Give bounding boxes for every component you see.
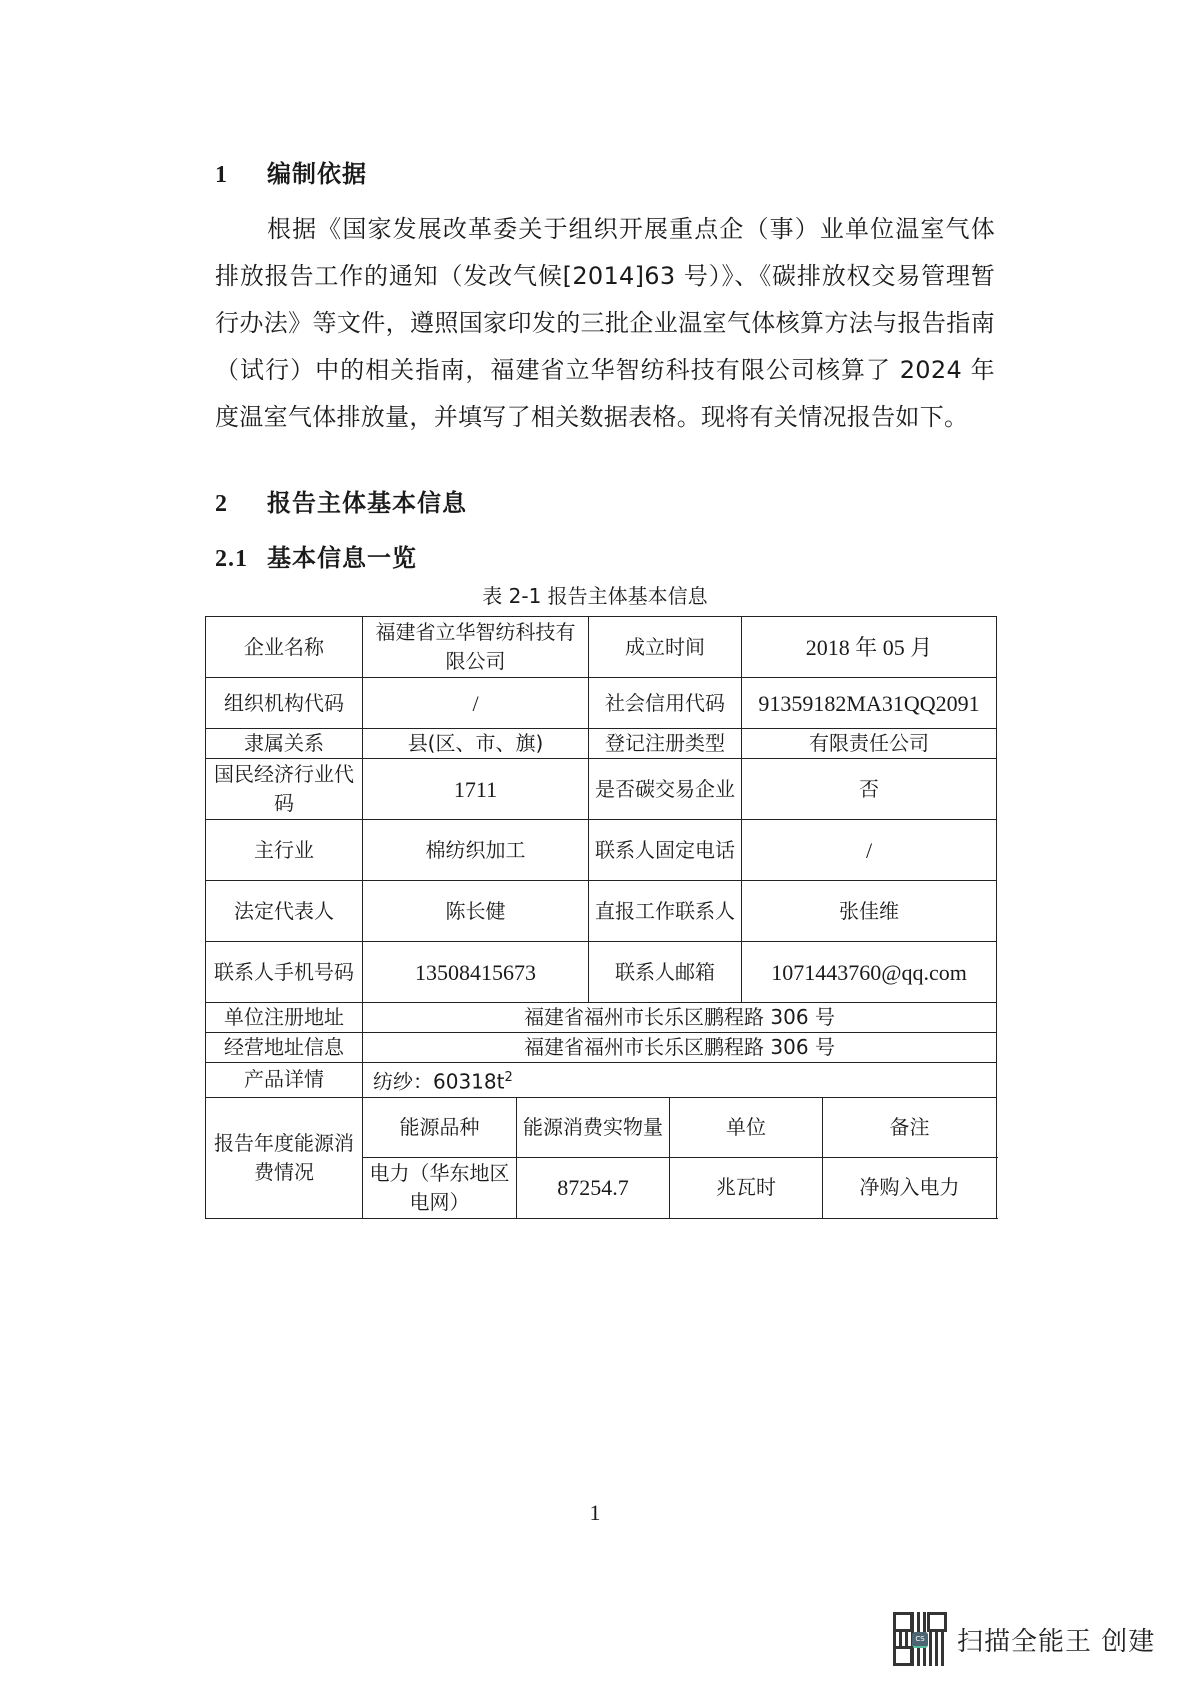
watermark-text: 扫描全能王 创建 bbox=[957, 1621, 1155, 1658]
energy-header: 能源品种 bbox=[363, 1097, 517, 1157]
value-cell: / bbox=[363, 678, 589, 729]
label-cell: 联系人手机号码 bbox=[206, 942, 363, 1003]
value-cell: 有限责任公司 bbox=[742, 729, 997, 759]
qr-code-icon: CS bbox=[893, 1612, 947, 1666]
basic-info-table: 企业名称 福建省立华智纺科技有限公司 成立时间 2018 年 05 月 组织机构… bbox=[205, 616, 997, 1219]
section-2-1-number: 2.1 bbox=[215, 546, 267, 573]
section-2-number: 2 bbox=[215, 491, 267, 518]
table-row: 联系人手机号码 13508415673 联系人邮箱 1071443760@qq.… bbox=[206, 942, 997, 1003]
energy-amount-cell: 87254.7 bbox=[517, 1157, 670, 1218]
label-cell: 国民经济行业代码 bbox=[206, 759, 363, 820]
section-2-title: 报告主体基本信息 bbox=[267, 489, 467, 517]
label-cell: 是否碳交易企业 bbox=[589, 759, 742, 820]
value-cell: 2018 年 05 月 bbox=[742, 617, 997, 678]
label-cell: 直报工作联系人 bbox=[589, 881, 742, 942]
value-cell: 棉纺织加工 bbox=[363, 820, 589, 881]
qr-finder-pattern bbox=[927, 1612, 947, 1632]
value-cell: 91359182MA31QQ2091 bbox=[742, 678, 997, 729]
section-2-heading: 2报告主体基本信息 bbox=[215, 483, 467, 518]
energy-header: 单位 bbox=[670, 1097, 823, 1157]
page-number: 1 bbox=[0, 1500, 1190, 1526]
value-cell: 1071443760@qq.com bbox=[742, 942, 997, 1003]
label-cell: 产品详情 bbox=[206, 1063, 363, 1098]
energy-unit-cell: 兆瓦时 bbox=[670, 1157, 823, 1218]
label-cell: 经营地址信息 bbox=[206, 1033, 363, 1063]
label-cell: 社会信用代码 bbox=[589, 678, 742, 729]
energy-type-cell: 电力（华东地区电网） bbox=[363, 1157, 517, 1218]
label-cell: 企业名称 bbox=[206, 617, 363, 678]
energy-header: 能源消费实物量 bbox=[517, 1097, 670, 1157]
table-row: 法定代表人 陈长健 直报工作联系人 张佳维 bbox=[206, 881, 997, 942]
label-cell: 主行业 bbox=[206, 820, 363, 881]
section-1-paragraph: 根据《国家发展改革委关于组织开展重点企（事）业单位温室气体排放报告工作的通知（发… bbox=[215, 206, 995, 441]
energy-note-cell: 净购入电力 bbox=[823, 1157, 997, 1218]
table-row: 单位注册地址 福建省福州市长乐区鹏程路 306 号 bbox=[206, 1003, 997, 1033]
section-1-heading: 1编制依据 bbox=[215, 154, 367, 189]
label-cell: 成立时间 bbox=[589, 617, 742, 678]
label-cell: 法定代表人 bbox=[206, 881, 363, 942]
table-row: 产品详情 纺纱：60318t2 bbox=[206, 1063, 997, 1098]
section-1-title: 编制依据 bbox=[267, 160, 367, 188]
value-cell: 13508415673 bbox=[363, 942, 589, 1003]
registered-address-value: 福建省福州市长乐区鹏程路 306 号 bbox=[363, 1003, 997, 1033]
table-row: 国民经济行业代码 1711 是否碳交易企业 否 bbox=[206, 759, 997, 820]
section-2-1-title: 基本信息一览 bbox=[267, 544, 417, 572]
table-caption: 表 2-1 报告主体基本信息 bbox=[0, 580, 1190, 609]
value-cell: 福建省立华智纺科技有限公司 bbox=[363, 617, 589, 678]
value-cell: / bbox=[742, 820, 997, 881]
value-cell: 张佳维 bbox=[742, 881, 997, 942]
value-cell: 陈长健 bbox=[363, 881, 589, 942]
label-cell: 隶属关系 bbox=[206, 729, 363, 759]
label-cell: 登记注册类型 bbox=[589, 729, 742, 759]
label-cell: 联系人固定电话 bbox=[589, 820, 742, 881]
table-row: 企业名称 福建省立华智纺科技有限公司 成立时间 2018 年 05 月 bbox=[206, 617, 997, 678]
energy-header: 备注 bbox=[823, 1097, 997, 1157]
camscanner-logo-icon: CS bbox=[912, 1632, 928, 1648]
energy-header-row: 报告年度能源消费情况 能源品种 能源消费实物量 单位 备注 bbox=[206, 1097, 997, 1157]
value-cell: 否 bbox=[742, 759, 997, 820]
camscanner-watermark: CS 扫描全能王 创建 bbox=[893, 1612, 1155, 1666]
table-row: 组织机构代码 / 社会信用代码 91359182MA31QQ2091 bbox=[206, 678, 997, 729]
energy-label-cell: 报告年度能源消费情况 bbox=[206, 1097, 363, 1218]
product-value: 纺纱：60318t2 bbox=[363, 1063, 997, 1098]
table-row: 隶属关系 县(区、市、旗) 登记注册类型 有限责任公司 bbox=[206, 729, 997, 759]
label-cell: 单位注册地址 bbox=[206, 1003, 363, 1033]
table-row: 经营地址信息 福建省福州市长乐区鹏程路 306 号 bbox=[206, 1033, 997, 1063]
label-cell: 组织机构代码 bbox=[206, 678, 363, 729]
table-row: 主行业 棉纺织加工 联系人固定电话 / bbox=[206, 820, 997, 881]
value-cell: 1711 bbox=[363, 759, 589, 820]
label-cell: 联系人邮箱 bbox=[589, 942, 742, 1003]
value-cell: 县(区、市、旗) bbox=[363, 729, 589, 759]
business-address-value: 福建省福州市长乐区鹏程路 306 号 bbox=[363, 1033, 997, 1063]
section-1-number: 1 bbox=[215, 162, 267, 189]
section-2-1-heading: 2.1基本信息一览 bbox=[215, 538, 417, 573]
